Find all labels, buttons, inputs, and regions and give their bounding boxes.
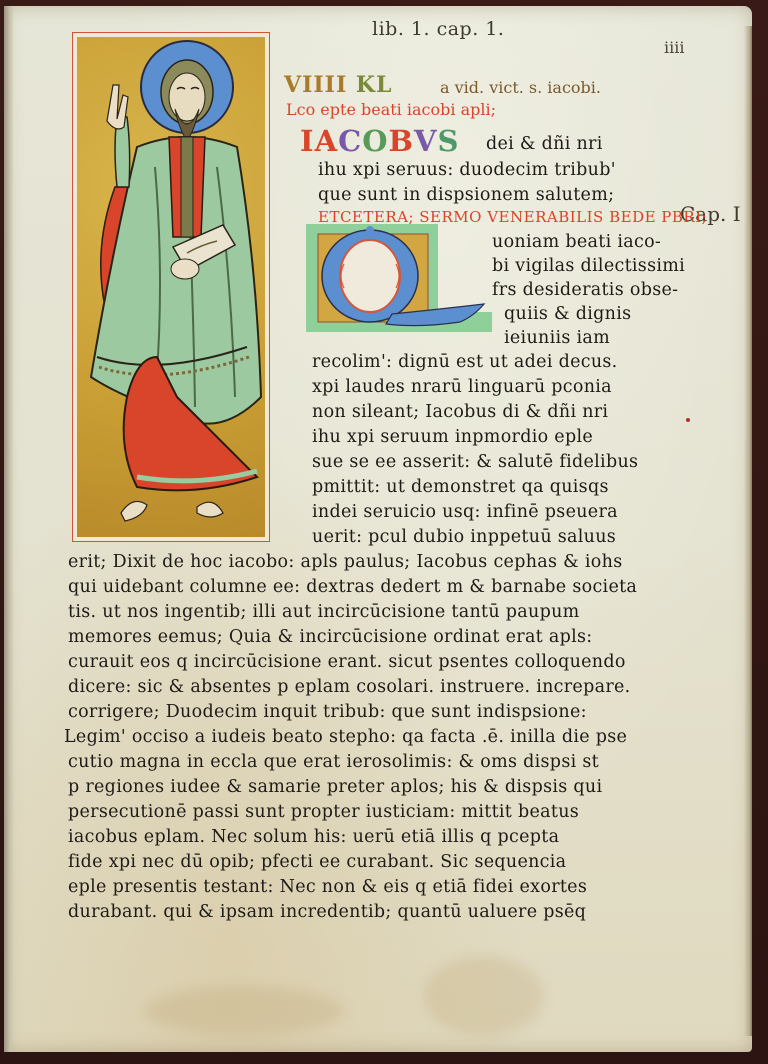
display-letter: S (437, 124, 459, 158)
text-line: dicere: sic & absentes p eplam cosolari.… (68, 677, 631, 697)
text-line: sue se ee asserit: & salutē fidelibus (312, 452, 638, 472)
display-letter: C (338, 124, 362, 158)
text-line: pmittit: ut demonstret qa quisqs (312, 477, 609, 497)
text-line: iacobus eplam. Nec solum his: uerū etiā … (68, 827, 559, 847)
rubric-title-line: Lco epte beati iacobi apli; (286, 100, 496, 119)
display-word-iacobus: IACOBVS (300, 124, 459, 158)
parchment-stain (424, 956, 544, 1036)
red-mark (686, 418, 690, 422)
initial-q-icon (306, 224, 492, 344)
illuminated-initial-q (306, 224, 492, 344)
text-line: cutio magna in eccla que erat ierosolimi… (68, 752, 599, 772)
incipit-numeral: VIIII KL (284, 72, 393, 98)
page-left-edge (4, 6, 14, 1052)
text-line: ieiuniis iam (504, 328, 610, 348)
display-letter: O (362, 124, 388, 158)
text-line: uoniam beati iaco- (492, 232, 661, 252)
text-line: recolim': dignū est ut adei decus. (312, 352, 618, 372)
display-letter: V (414, 124, 438, 158)
text-line: uerit: pcul dubio inppetuū saluus (312, 527, 616, 547)
text-line: memores eemus; Quia & incircūcisione ord… (68, 627, 592, 647)
blessing-hand-icon (107, 85, 130, 187)
text-line: xpi laudes nrarū linguarū pconia (312, 377, 612, 397)
incipit-numeral-text: VIIII (284, 72, 347, 98)
incipit-feast-line: a vid. vict. s. iacobi. (440, 78, 601, 97)
text-line: quiis & dignis (504, 304, 631, 324)
text-line: non sileant; Iacobus di & dñi nri (312, 402, 608, 422)
text-line: corrigere; Duodecim inquit tribub: que s… (68, 702, 587, 722)
display-letter: I (300, 124, 315, 158)
display-letter: A (315, 124, 339, 158)
text-line: frs desideratis obse- (492, 280, 678, 300)
saint-figure-icon (77, 37, 265, 537)
text-line: indei seruicio usq: infinē pseuera (312, 502, 618, 522)
parchment-stain (144, 986, 344, 1036)
saint-james-miniature (72, 32, 270, 542)
page-right-edge (744, 26, 752, 1036)
text-line: tis. ut nos ingentib; illi aut incircūci… (68, 602, 580, 622)
text-line: qui uidebant columne ee: dextras dedert … (68, 577, 637, 597)
text-line: que sunt in dispsionem salutem; (318, 185, 614, 205)
text-line: fide xpi nec dū opib; pfecti ee curabant… (68, 852, 566, 872)
text-line: persecutionē passi sunt propter iusticia… (68, 802, 579, 822)
text-line: dei & dñi nri (486, 134, 603, 154)
text-line: erit; Dixit de hoc iacobo: apls paulus; … (68, 552, 622, 572)
text-line: ihu xpi seruus: duodecim tribub' (318, 160, 616, 180)
text-line: curauit eos q incircūcisione erant. sicu… (68, 652, 626, 672)
text-line: ihu xpi seruum inpmordio eple (312, 427, 593, 447)
folio-number: iiii (664, 38, 684, 57)
text-line: Legim' occiso a iudeis beato stepho: qa … (64, 727, 627, 747)
text-line: eple presentis testant: Nec non & eis q … (68, 877, 587, 897)
text-line: bi vigilas dilectissimi (492, 256, 685, 276)
running-head: lib. 1. cap. 1. (372, 18, 504, 40)
incipit-kalends: KL (356, 72, 393, 98)
text-line: durabant. qui & ipsam incredentib; quant… (68, 902, 586, 922)
text-line: p regiones iudee & samarie preter aplos;… (68, 777, 602, 797)
display-letter: B (388, 124, 414, 158)
gold-ground (77, 37, 265, 537)
